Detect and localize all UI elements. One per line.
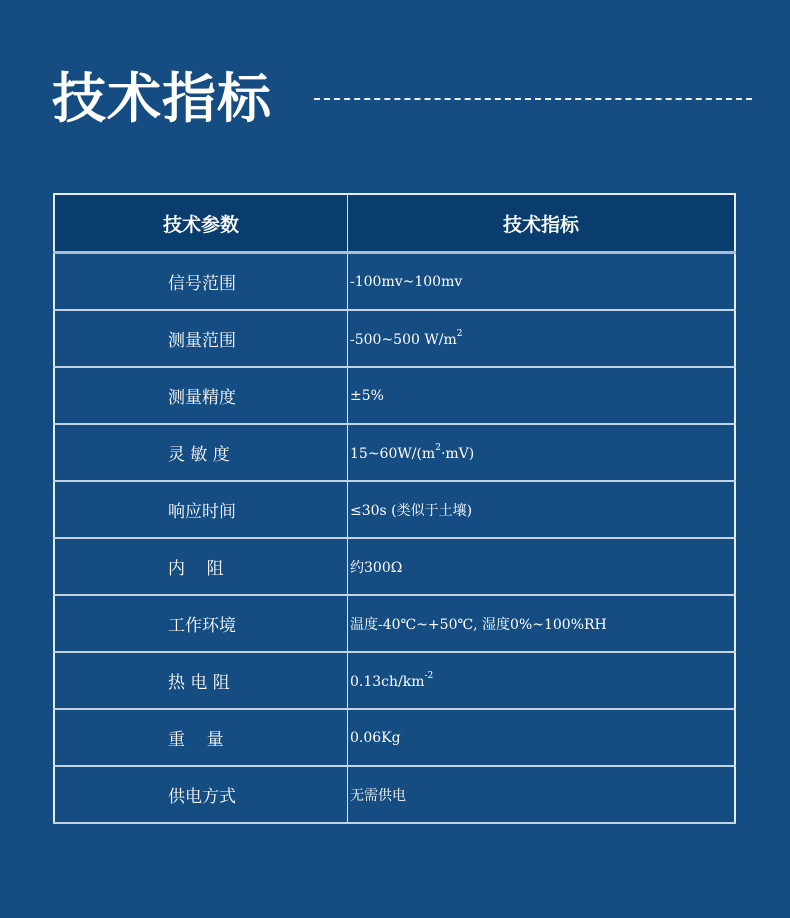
value-text: 0.13ch/km	[350, 674, 425, 690]
value-cell: 约300Ω	[348, 538, 736, 595]
table-header-row: 技术参数 技术指标	[54, 194, 735, 253]
superscript: -2	[425, 671, 434, 681]
value-cell: 0.13ch/km-2	[348, 652, 736, 709]
param-cell: 工作环境	[54, 595, 348, 652]
value-cell: 0.06Kg	[348, 709, 736, 766]
table-row: 热 电 阻 0.13ch/km-2	[54, 652, 735, 709]
param-cell: 测量范围	[54, 310, 348, 367]
table-row: 灵 敏 度 15~60W/(m2·mV)	[54, 424, 735, 481]
value-text: -500~500 W/m	[350, 332, 457, 348]
table-row: 测量精度 ±5%	[54, 367, 735, 424]
value-text: ≤30s (类似于土壤)	[350, 503, 472, 519]
superscript: 2	[457, 329, 463, 339]
param-cell: 重 量	[54, 709, 348, 766]
param-cell: 供电方式	[54, 766, 348, 823]
value-cell: -100mv~100mv	[348, 253, 736, 311]
param-cell: 响应时间	[54, 481, 348, 538]
column-header-value: 技术指标	[348, 194, 736, 253]
column-header-param: 技术参数	[54, 194, 348, 253]
param-cell: 信号范围	[54, 253, 348, 311]
param-cell: 内 阻	[54, 538, 348, 595]
table-row: 响应时间 ≤30s (类似于土壤)	[54, 481, 735, 538]
value-cell: 15~60W/(m2·mV)	[348, 424, 736, 481]
value-text: -100mv~100mv	[350, 274, 462, 290]
page-title: 技术指标	[52, 64, 272, 134]
value-text: 约300Ω	[350, 560, 402, 576]
value-cell: ±5%	[348, 367, 736, 424]
param-cell: 灵 敏 度	[54, 424, 348, 481]
table-row: 供电方式 无需供电	[54, 766, 735, 823]
value-cell: -500~500 W/m2	[348, 310, 736, 367]
value-text: 无需供电	[350, 788, 406, 804]
param-cell: 测量精度	[54, 367, 348, 424]
param-cell: 热 电 阻	[54, 652, 348, 709]
value-cell: 无需供电	[348, 766, 736, 823]
value-cell: ≤30s (类似于土壤)	[348, 481, 736, 538]
value-text: ±5%	[350, 388, 384, 404]
table-row: 测量范围 -500~500 W/m2	[54, 310, 735, 367]
table-row: 信号范围 -100mv~100mv	[54, 253, 735, 311]
value-text: 0.06Kg	[350, 730, 401, 746]
value-cell: 温度-40℃~+50℃, 湿度0%~100%RH	[348, 595, 736, 652]
dashed-divider	[314, 98, 752, 100]
table-row: 工作环境 温度-40℃~+50℃, 湿度0%~100%RH	[54, 595, 735, 652]
value-suffix: ·mV)	[441, 446, 474, 462]
value-text: 温度-40℃~+50℃, 湿度0%~100%RH	[350, 617, 607, 633]
spec-table: 技术参数 技术指标 信号范围 -100mv~100mv 测量范围 -500~50…	[53, 193, 736, 824]
table-row: 内 阻 约300Ω	[54, 538, 735, 595]
table-row: 重 量 0.06Kg	[54, 709, 735, 766]
value-text: 15~60W/(m	[350, 446, 435, 462]
